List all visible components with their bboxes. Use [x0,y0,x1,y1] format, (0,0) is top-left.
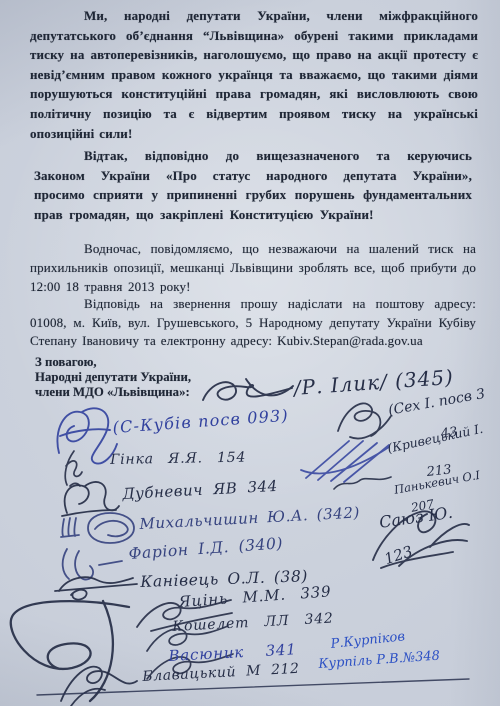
closing-block: З повагою, Народні депутати України, чле… [35,355,191,399]
signature-hinka-label: Гінка Я.Я. 154 [110,450,246,468]
scrawl-ilyk [203,379,293,400]
letter-photo: Ми, народні депутати України, члени міжф… [0,0,500,706]
scrawl-kryvetskyi [301,441,389,482]
scrawl-sekh [338,403,391,438]
mark-hinka [65,451,82,486]
paragraph-3: Водночас, повідомляємо, що незважаючи на… [30,240,476,296]
signature-kurpil-label: Р.Курпіков [330,629,406,652]
paragraph-4: Відповідь на звернення прошу надіслати н… [30,295,476,351]
scrawl-kanivets [55,577,137,599]
signature-mykhalchyshyn-label: Михальчишин Ю.А. (342) [139,503,360,533]
signature-koshel-label: Кошелет ЛЛ 342 [172,611,334,635]
paragraph-2: Відтак, відповідно до вищезазначеного та… [34,146,472,224]
signature-kurpil-number: Курпіль Р.В.№348 [318,649,440,672]
signature-sauz-label: Саюз Ю. [378,503,454,532]
signature-dubnevych-label: Дубневич ЯВ 344 [122,477,278,503]
signature-farion-label: Фаріон І.Д. (340) [128,534,284,563]
closing-line-2: Народні депутати України, [35,370,191,385]
mark-mykhalchyshyn [61,513,134,543]
scrawl-kubiv [57,408,117,463]
signature-kubiv-label: (С-Кубів посв 093) [112,406,289,437]
strike-line [37,679,469,695]
mark-farion [63,549,122,580]
closing-line-1: З повагою, [35,355,191,370]
scrawl-blavatskyi [61,667,137,706]
scrawl-dubnevych [62,482,119,516]
paragraph-1: Ми, народні депутати України, члени міжф… [30,6,478,143]
signature-sauz-number: 123 [382,542,415,568]
flourish-left [11,601,129,701]
signature-kryvetskyi-label: (Кривецький І. [386,421,484,456]
signature-blavatskyi-label: Блавацький М 212 [142,661,300,685]
closing-line-3: члени МДО «Львівщина»: [35,385,191,400]
mark-pankevych [334,477,391,489]
